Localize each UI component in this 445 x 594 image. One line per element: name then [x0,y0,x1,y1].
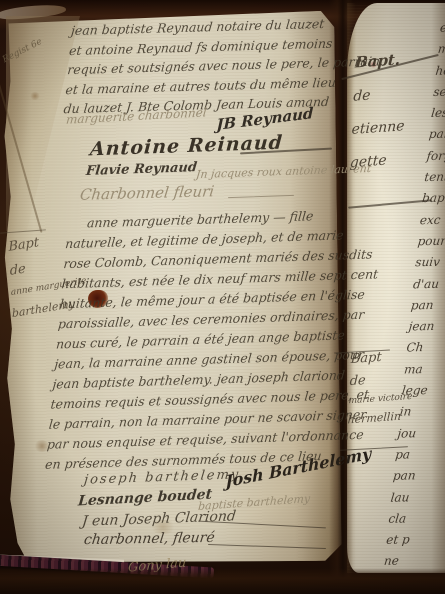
faint-handwriting-charbonnel: Charbonnel fleuri [79,182,215,204]
handwriting-fragment: et p [385,529,426,551]
handwriting-fragment: hero [434,60,445,82]
margin-note-line: de [353,85,407,105]
margin-note-line: gette [349,151,403,171]
margin-note-baptism-etienne: Bapt.deetiennegette [349,50,409,189]
handwriting-fragment: in [399,401,440,423]
handwriting-fragment: mago [437,38,445,60]
manuscript-photo: Regist 6e jean baptiste Reynaud notaire … [0,0,445,594]
handwriting-fragment: pan [410,295,445,317]
handwriting-fragment: tente [423,166,445,188]
handwriting-fragment: seph [432,81,445,103]
handwriting-fragment: pan [428,124,445,146]
handwriting-fragment: pan [392,465,433,487]
handwriting-fragment: ma [403,359,444,381]
margin-note-line: etienne [351,118,405,138]
handwriting-fragment: d'au [412,273,445,295]
handwriting-fragment: lege [401,380,442,402]
handwriting-fragment: les l [430,102,445,124]
handwriting-fragment: pour [416,231,445,253]
foxing-spot [30,92,40,100]
record1-text-block: jean baptiste Reynaud notaire du lauzete… [63,12,385,119]
handwriting-fragment: etienn [439,17,445,39]
handwriting-fragment: cla [387,508,428,530]
book-binding-bottom [0,568,445,594]
handwriting-fragment: jean [408,316,445,338]
handwriting-fragment: forg [425,145,445,167]
record2-text-block: anne marguerite barthelemy — fillenature… [44,204,386,475]
handwriting-fragment: suiv [414,252,445,274]
signature-charbonnel-cure: charbonnel, fleuré [83,530,216,548]
handwriting-fragment: exc [419,209,445,231]
handwriting-fragment: bapt [421,188,445,210]
handwriting-fragment: lau [390,487,431,509]
handwriting-fragment: Ch [405,337,445,359]
handwriting-fragment: jou [396,423,437,445]
